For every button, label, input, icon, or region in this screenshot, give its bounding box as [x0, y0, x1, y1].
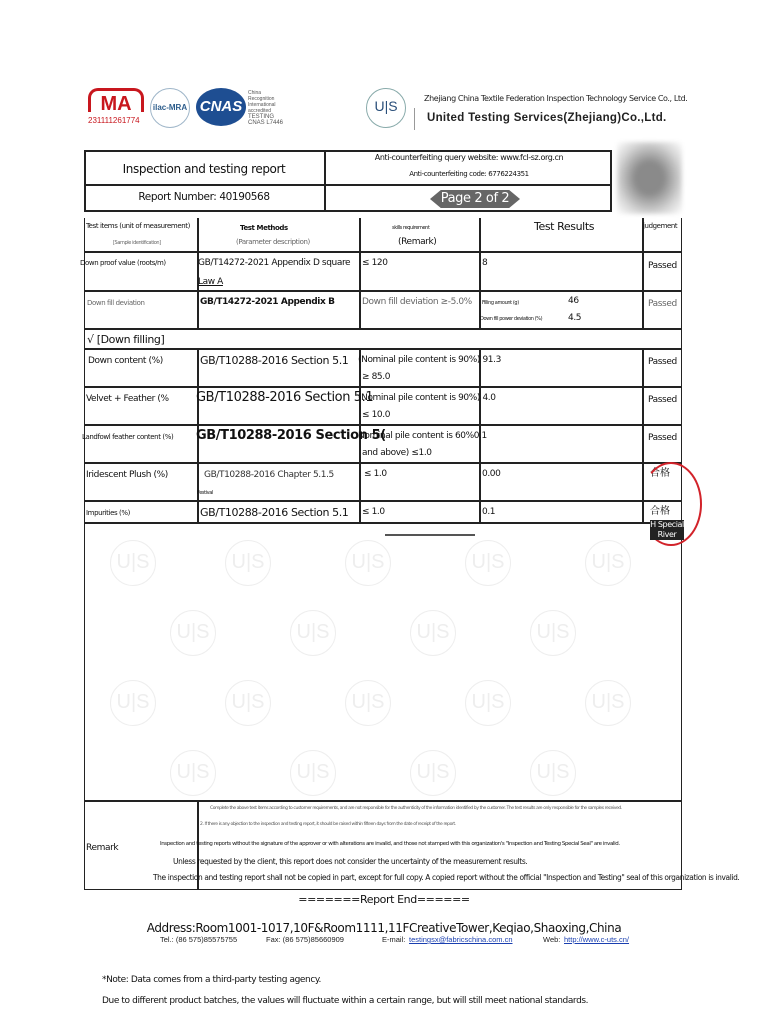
fax: Fax: (86 575)85660909	[266, 935, 344, 944]
result-label-deviation: Down fill power deviation (%)	[480, 313, 542, 325]
blurred-qr-code	[617, 142, 682, 214]
result-filling-amount: 46	[568, 295, 579, 307]
address: Address:Room1001-1017,10F&Room1111,11FCr…	[0, 921, 768, 935]
col-header-method-sub: (Parameter description)	[236, 236, 310, 248]
anti-counterfeit-code: Anti-counterfeiting code: 6776224351	[324, 170, 614, 178]
row-item: Down fill deviation	[87, 297, 145, 309]
ilac-mra-logo: ilac-MRA	[150, 88, 190, 128]
web-label: Web:	[543, 935, 560, 944]
remark-line-5: The inspection and testing report shall …	[153, 873, 739, 882]
row-method-note: Festival	[197, 487, 213, 499]
remark-line-2: 2. If there is any objection to the insp…	[200, 822, 456, 827]
row-item: Impurities (%)	[86, 507, 130, 519]
row-method: GB/T10288-2016 Section 5.1	[196, 392, 373, 404]
result-label-filling: Filling amount (g)	[482, 297, 519, 309]
row-item: Iridescent Plush (%)	[86, 469, 168, 481]
col-header-item: Test items (unit of measurement)	[86, 220, 190, 232]
row-requirement: ≤ 1.0	[362, 506, 385, 518]
cnas-logo: CNAS	[196, 88, 246, 126]
row-requirement: ≤ 1.0	[364, 468, 387, 480]
row-requirement: Nominal pile content is 60%0.1	[358, 430, 487, 442]
col-header-judgement: judgement	[643, 220, 677, 232]
row-requirement: (Nominal pile content is 90%) 4.0	[358, 392, 496, 404]
remark-line-3: Inspection and testing reports without t…	[160, 841, 620, 847]
row-method: GB/T14272-2021 Appendix B	[200, 296, 335, 308]
email-link[interactable]: testingsx@fabricschina.com.cn	[409, 935, 513, 944]
page-indicator: Page 2 of 2	[430, 190, 520, 208]
row-result: 0.1	[482, 506, 495, 518]
section-label-down-filling: √ [Down filling]	[87, 334, 164, 346]
cnas-line: China Recognition	[248, 90, 288, 102]
row-method: GB/T10288-2016 Section 5.1	[200, 355, 348, 367]
col-header-method: Test Methods	[240, 222, 288, 234]
cma-number: 231111261774	[88, 116, 146, 125]
note-batch-variation: Due to different product batches, the va…	[102, 996, 588, 1006]
row-item: Landfowl feather content (%)	[82, 431, 173, 443]
stamp-overlay-text: H Special River	[650, 520, 684, 540]
row-judgement: Passed	[648, 260, 677, 272]
row-item: Down proof value (roots/m)	[80, 257, 166, 269]
row-requirement-cont: ≥ 85.0	[362, 371, 390, 383]
remark-line-1: Complete the above test items according …	[210, 806, 622, 811]
cnas-line: CNAS L7446	[248, 120, 288, 126]
row-requirement: Down fill deviation ≥-5.0%	[362, 296, 472, 308]
report-end: =======Report End======	[0, 893, 768, 906]
col-header-result: Test Results	[534, 221, 594, 233]
report-title: Inspection and testing report	[84, 162, 324, 176]
col-header-requirement-sub: (Remark)	[398, 236, 436, 248]
row-result: 8	[482, 257, 487, 269]
row-requirement: (Nominal pile content is 90%) 91.3	[358, 354, 501, 366]
row-judgement: Passed	[648, 298, 677, 310]
report-number: Report Number: 40190568	[84, 191, 324, 203]
cma-logo: MA 231111261774	[88, 88, 146, 132]
cnas-side-text: China Recognition International accredit…	[248, 90, 288, 126]
row-method-cont: Law A	[198, 276, 223, 288]
row-item: Velvet + Feather (%	[86, 393, 169, 405]
row-requirement: ≤ 120	[362, 257, 388, 269]
note-source: *Note: Data comes from a third-party tes…	[102, 975, 321, 985]
org-name-long: Zhejiang China Textile Federation Inspec…	[424, 94, 687, 103]
row-requirement-cont: and above) ≤1.0	[362, 447, 432, 459]
result-deviation: 4.5	[568, 312, 581, 324]
row-method: GB/T10288-2016 Section 5.1	[200, 507, 348, 519]
row-method: GB/T10288-2016 Chapter 5.1.5	[204, 469, 334, 481]
remark-label: Remark	[86, 842, 118, 854]
uts-logo: U|S	[366, 88, 406, 128]
remark-line-4: Unless requested by the client, this rep…	[173, 857, 527, 866]
org-name: United Testing Services(Zhejiang)Co.,Ltd…	[427, 112, 667, 124]
email-label: E-mail:	[382, 935, 405, 944]
row-method: GB/T14272-2021 Appendix D square	[198, 257, 350, 269]
row-judgement: Passed	[648, 432, 677, 444]
row-judgement: Passed	[648, 356, 677, 368]
row-item: Down content (%)	[88, 355, 163, 367]
telephone: Tel.: (86 575)85575755	[160, 935, 237, 944]
website-link[interactable]: http://www.c-uts.cn/	[564, 935, 629, 944]
cma-mark: MA	[88, 88, 144, 112]
col-header-item-sub: [Sample identification]	[113, 237, 161, 249]
col-header-requirement: skills requirement	[392, 222, 430, 234]
row-requirement-cont: ≤ 10.0	[362, 409, 390, 421]
row-result: 0.00	[482, 468, 500, 480]
anti-counterfeit-website: Anti-counterfeiting query website: www.f…	[324, 153, 614, 162]
row-judgement: Passed	[648, 394, 677, 406]
org-divider	[414, 108, 415, 130]
